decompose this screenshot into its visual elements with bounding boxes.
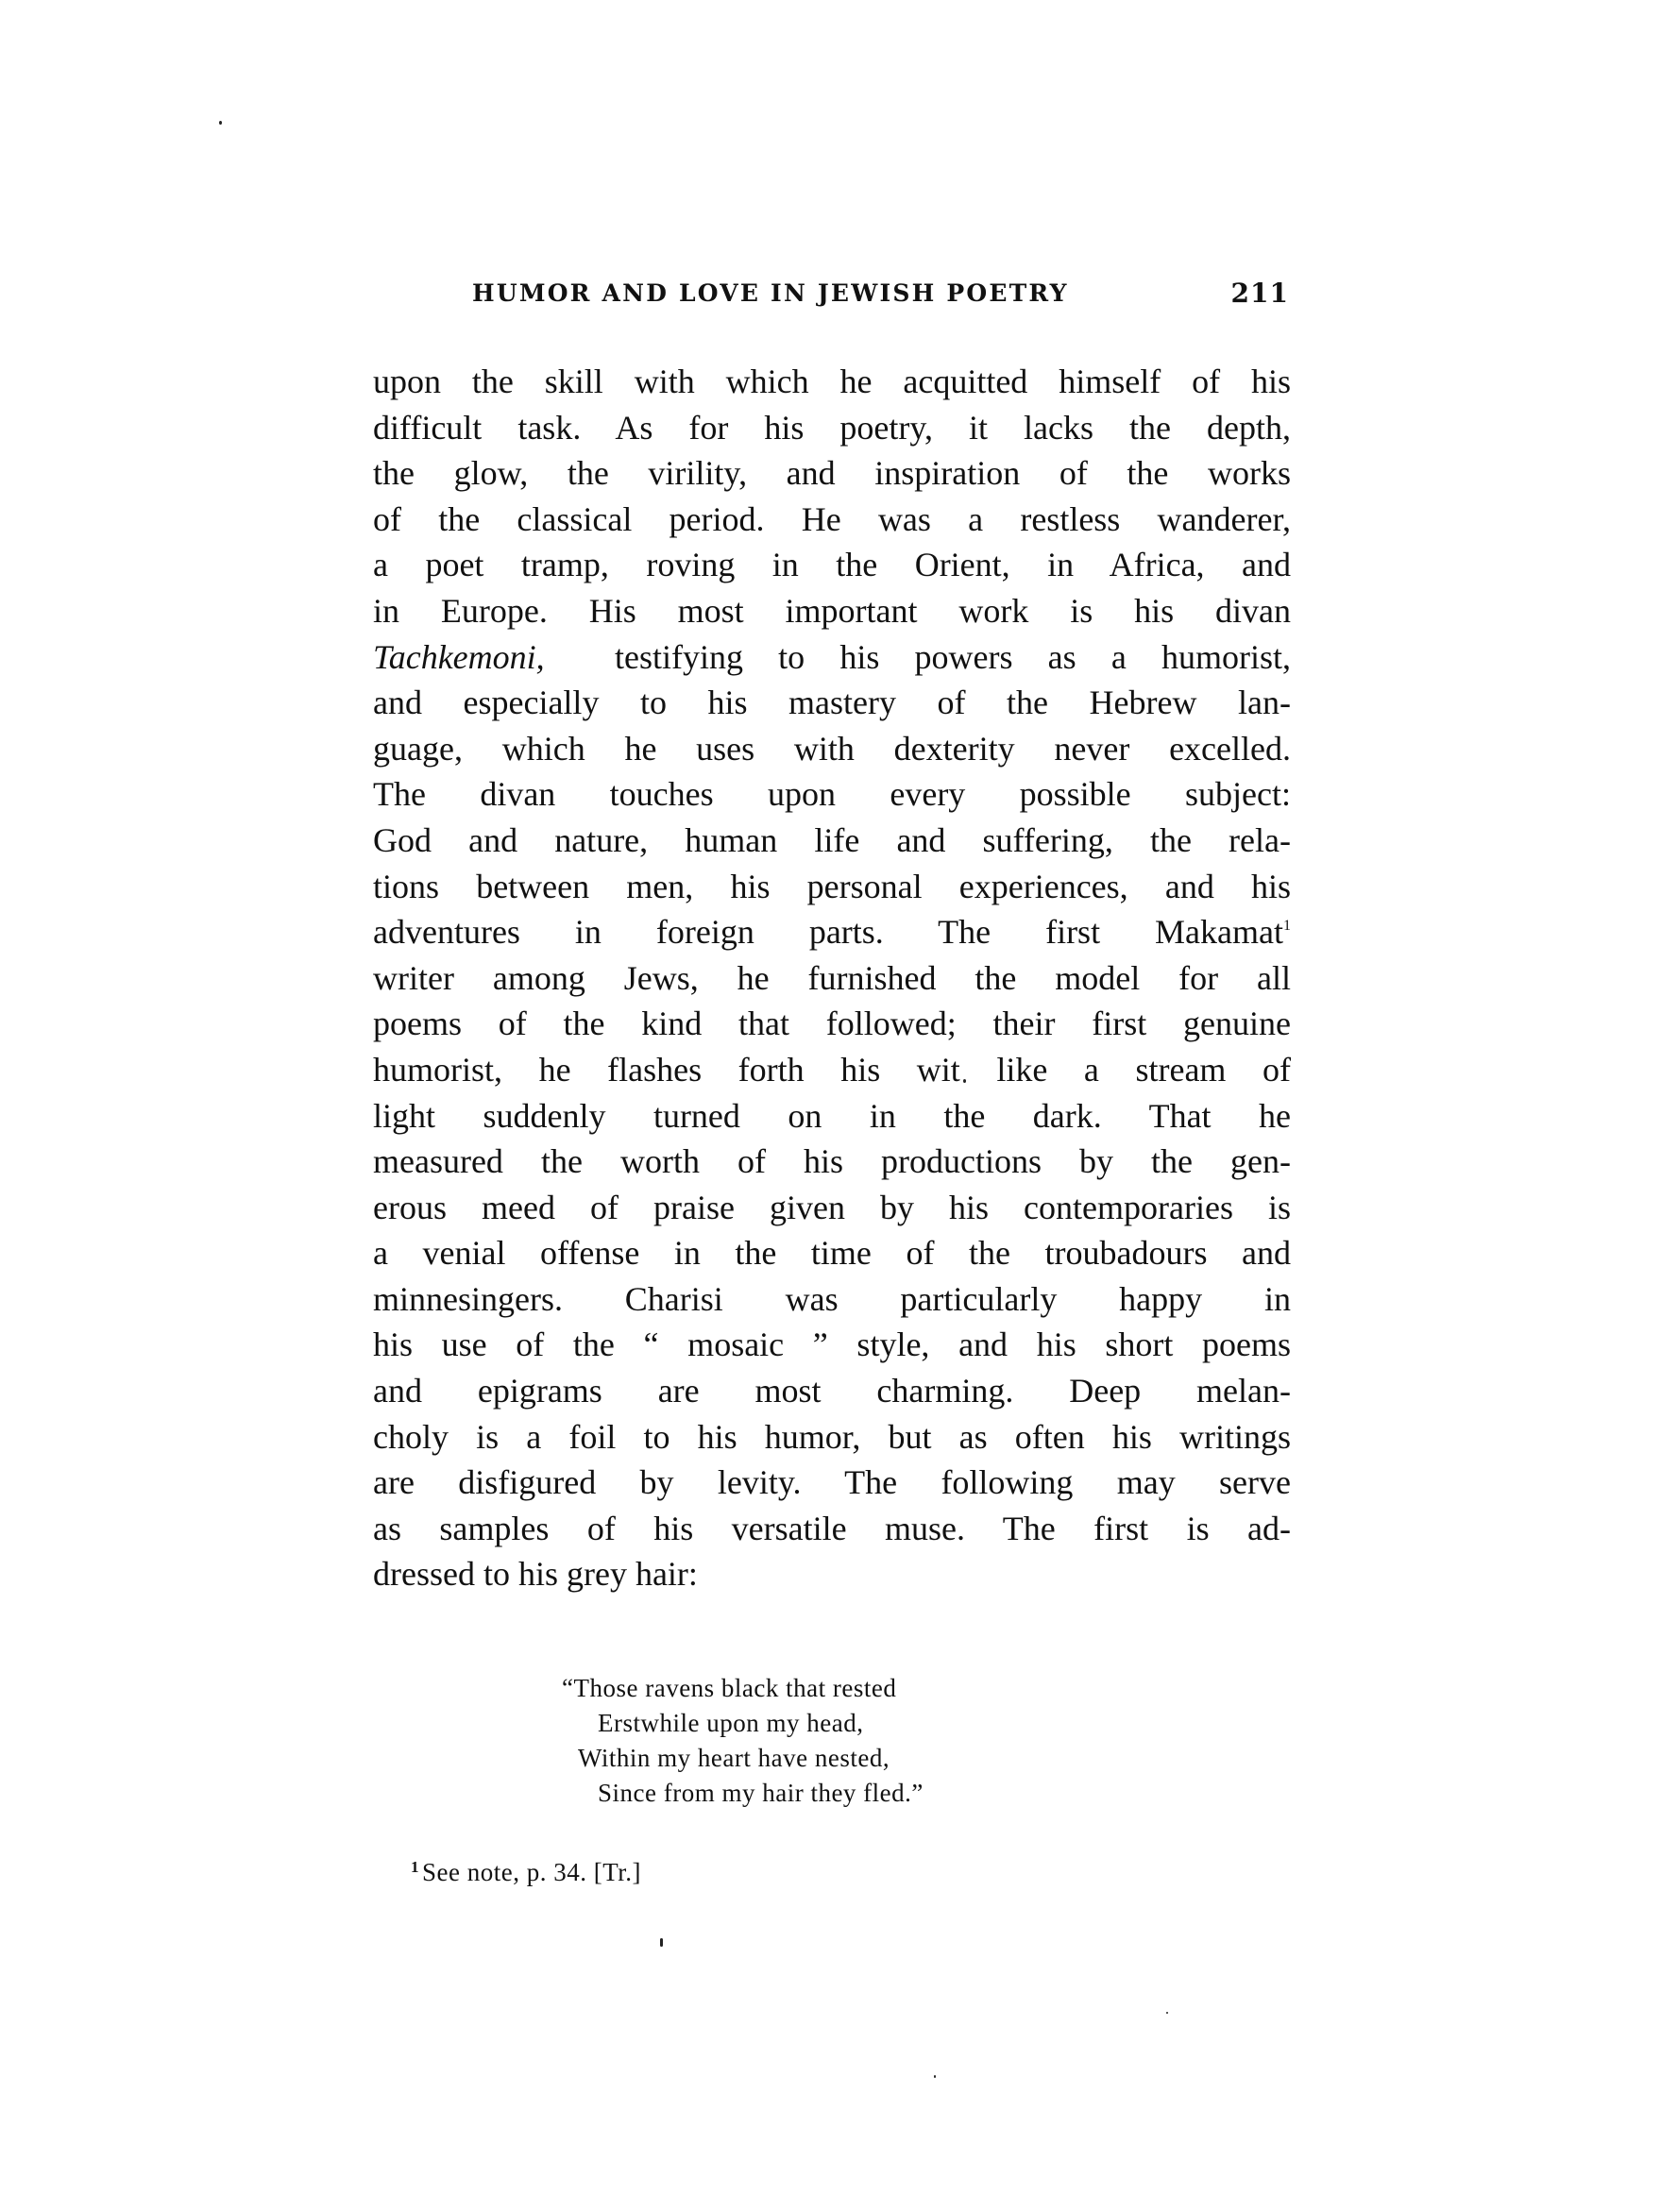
- text-line: the glow, the virility, and inspiration …: [373, 450, 1291, 497]
- scan-speck: [1166, 2012, 1168, 2014]
- text-line: dressed to his grey hair:: [373, 1551, 1291, 1597]
- text-line: as samples of his versatile muse. The fi…: [373, 1506, 1291, 1552]
- footnote-reference: 1: [1283, 918, 1291, 934]
- text-line: erous meed of praise given by his contem…: [373, 1185, 1291, 1231]
- text-line: difficult task. As for his poetry, it la…: [373, 405, 1291, 451]
- text-line: light suddenly turned on in the dark. Th…: [373, 1093, 1291, 1140]
- running-head-title: HUMOR AND LOVE IN JEWISH POETRY: [472, 279, 1069, 307]
- poem-verse: Erstwhile upon my head,: [598, 1706, 924, 1741]
- text-line: are disfigured by levity. The following …: [373, 1460, 1291, 1506]
- text-line: measured the worth of his productions by…: [373, 1139, 1291, 1185]
- page-number: 211: [1231, 278, 1289, 309]
- scan-speck: [660, 1938, 663, 1947]
- poem-verse: “Those ravens black that rested: [562, 1671, 924, 1706]
- text-line: a venial offense in the time of the trou…: [373, 1230, 1291, 1276]
- scan-speck: [219, 121, 222, 125]
- text-line: and especially to his mastery of the Heb…: [373, 680, 1291, 726]
- text-line: his use of the “ mosaic ” style, and his…: [373, 1322, 1291, 1368]
- text-line: humorist, he flashes forth his wit like …: [373, 1047, 1291, 1093]
- text-line-rest: testifying to his powers as a humorist,: [615, 638, 1291, 676]
- footnote-mark: 1: [411, 1858, 419, 1876]
- text-line-content: adventures in foreign parts. The first M…: [373, 913, 1283, 951]
- text-line-with-footnote-ref: adventures in foreign parts. The first M…: [373, 909, 1291, 955]
- text-line: writer among Jews, he furnished the mode…: [373, 955, 1291, 1002]
- footnote: 1See note, p. 34. [Tr.]: [411, 1849, 641, 1891]
- text-line: and epigrams are most charming. Deep mel…: [373, 1368, 1291, 1414]
- scan-speck: [934, 2075, 936, 2078]
- scan-speck: [963, 1079, 966, 1083]
- italic-book-title: Tachkemoni,: [373, 638, 545, 676]
- text-line: tions between men, his personal experien…: [373, 864, 1291, 910]
- text-line: choly is a foil to his humor, but as oft…: [373, 1414, 1291, 1461]
- running-head: HUMOR AND LOVE IN JEWISH POETRY 211: [472, 274, 1289, 312]
- text-line: God and nature, human life and suffering…: [373, 818, 1291, 864]
- text-line-with-title: Tachkemoni, testifying to his powers as …: [373, 634, 1291, 681]
- book-page: HUMOR AND LOVE IN JEWISH POETRY 211 upon…: [0, 0, 1661, 2212]
- text-line: The divan touches upon every possible su…: [373, 771, 1291, 818]
- text-line: a poet tramp, roving in the Orient, in A…: [373, 542, 1291, 588]
- text-line: upon the skill with which he acquitted h…: [373, 359, 1291, 405]
- poem-verse: Since from my hair they fled.”: [598, 1776, 924, 1811]
- body-paragraph: upon the skill with which he acquitted h…: [373, 359, 1291, 1597]
- footnote-text: See note, p. 34. [Tr.]: [422, 1858, 641, 1886]
- text-line: minnesingers. Charisi was particularly h…: [373, 1276, 1291, 1323]
- poem-verse: Within my heart have nested,: [578, 1741, 924, 1776]
- text-line: poems of the kind that followed; their f…: [373, 1001, 1291, 1047]
- text-line: guage, which he uses with dexterity neve…: [373, 726, 1291, 772]
- text-line: in Europe. His most important work is hi…: [373, 588, 1291, 634]
- poem-quote: “Those ravens black that rested Erstwhil…: [562, 1671, 924, 1811]
- text-line: of the classical period. He was a restle…: [373, 497, 1291, 543]
